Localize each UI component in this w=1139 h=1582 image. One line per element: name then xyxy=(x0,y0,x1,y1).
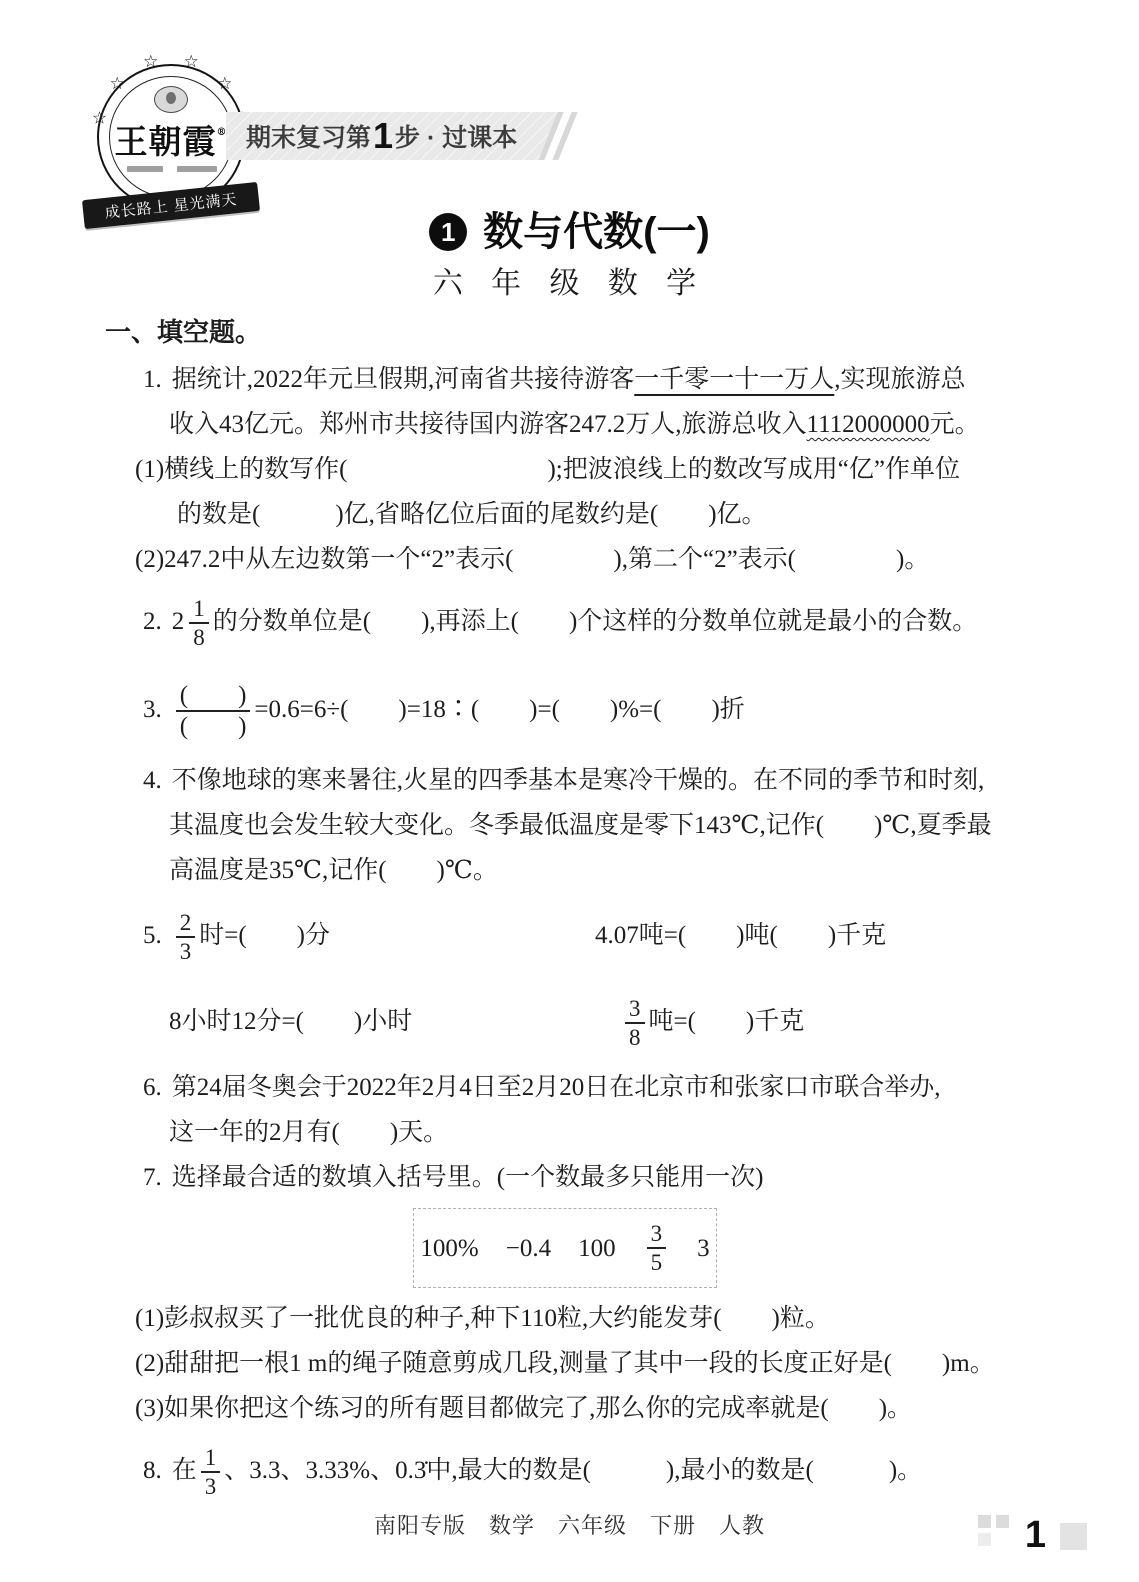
page-decoration-squares xyxy=(978,1515,1009,1546)
question-1-sub-1a: (1)横线上的数写作( );把波浪线上的数改写成用“亿”作单位 xyxy=(105,447,1045,492)
q7-text: 选择最合适的数填入括号里。(一个数最多只能用一次) xyxy=(172,1164,764,1191)
logo-subtext-bar xyxy=(127,166,163,172)
q2-text: 的分数单位是( ),再添上( )个这样的分数单位就是最小的合数。 xyxy=(213,608,978,635)
fraction-denominator: 8 xyxy=(625,1022,645,1051)
fraction-numerator: 2 xyxy=(176,909,196,936)
logo-subtext-bar xyxy=(177,166,217,172)
q5-fraction-2: 38 xyxy=(625,995,645,1052)
banner-step-number: 1 xyxy=(373,118,393,154)
question-6-number: 6. xyxy=(143,1074,162,1101)
question-4-line-3: 高温度是35℃,记作( )℃。 xyxy=(105,848,1045,893)
q7-option-1: 100% xyxy=(420,1226,478,1271)
question-6-line-1: 6.第24届冬奥会于2022年2月4日至2月20日在北京市和张家口市联合举办, xyxy=(105,1065,1045,1110)
registered-mark: ® xyxy=(217,127,228,138)
question-1-sub-2: (2)247.2中从左边数第一个“2”表示( ),第二个“2”表示( )。 xyxy=(105,537,1045,582)
q2-fraction: 18 xyxy=(189,595,209,652)
decoration-square xyxy=(996,1533,1009,1546)
star-icon: ☆ xyxy=(143,53,158,70)
question-8-number: 8. xyxy=(143,1457,162,1484)
question-2: 2.218的分数单位是( ),再添上( )个这样的分数单位就是最小的合数。 xyxy=(105,582,1045,662)
brand-name-text: 王朝霞 xyxy=(115,122,217,161)
question-5-row-2: 8小时12分=( )小时 38吨=( )千克 xyxy=(105,979,1045,1065)
q5-text: 吨=( )千克 xyxy=(649,1008,805,1035)
q4-text: 不像地球的寒来暑往,火星的四季基本是寒冷干燥的。在不同的季节和时刻, xyxy=(172,767,985,794)
fraction-denominator: 3 xyxy=(176,936,196,965)
q1-text-tail: ,实现旅游总 xyxy=(834,366,965,393)
q1-text-tail: 元。 xyxy=(930,411,980,438)
q5-row1-right: 4.07吨=( )吨( )千克 xyxy=(595,893,886,979)
question-3: 3.( )( )=0.6=6÷( )=18∶( )=( )%=( )折 xyxy=(105,662,1045,758)
section-heading: 一、填空题。 xyxy=(105,310,1045,355)
page-subtitle: 六 年 级 数 学 xyxy=(0,258,1139,302)
brand-name: 王朝霞® xyxy=(95,116,247,163)
question-5-number: 5. xyxy=(143,922,162,949)
question-3-number: 3. xyxy=(143,696,162,723)
q3-blank-fraction: ( )( ) xyxy=(176,681,251,742)
q2-whole-number: 2 xyxy=(172,608,185,635)
fraction-denominator: 5 xyxy=(647,1247,667,1276)
banner-text-post: 步 · 过课本 xyxy=(395,118,517,154)
q1-wavy-underlined-number: 1112000000 xyxy=(807,411,930,438)
question-1-number: 1. xyxy=(143,366,162,393)
star-icon: ☆ xyxy=(110,75,125,92)
question-4-number: 4. xyxy=(143,767,162,794)
page-title: 1数与代数(一) xyxy=(0,200,1139,257)
decoration-square xyxy=(978,1515,991,1528)
fraction-denominator: 3 xyxy=(201,1471,221,1500)
worksheet-page: WANGZHAOXIA ☆ ☆ ☆ ☆ ☆ ☆ 王朝霞® 成长路上 星光满天 期… xyxy=(0,0,1139,1582)
fraction-denominator: 8 xyxy=(189,622,209,651)
q1-text: 收入43亿元。郑州市共接待国内游客247.2万人,旅游总收入 xyxy=(169,411,807,438)
q7-option-2: −0.4 xyxy=(506,1226,551,1271)
question-7-number: 7. xyxy=(143,1164,162,1191)
q5-row2-right: 38吨=( )千克 xyxy=(621,979,804,1065)
fraction-numerator: ( ) xyxy=(176,681,251,711)
question-1-line-2: 收入43亿元。郑州市共接待国内游客247.2万人,旅游总收入1112000000… xyxy=(105,402,1045,447)
q8-fraction: 13 xyxy=(201,1444,221,1501)
fraction-numerator: 1 xyxy=(189,595,209,622)
q5-row1-left: 5.23时=( )分 xyxy=(105,893,595,979)
decoration-square xyxy=(978,1533,991,1546)
q7-option-3: 100 xyxy=(578,1226,616,1271)
fraction-numerator: 3 xyxy=(625,995,645,1022)
unit-number-badge: 1 xyxy=(429,213,467,251)
fraction-numerator: 1 xyxy=(201,1444,221,1471)
q5-text: 时=( )分 xyxy=(199,922,330,949)
page-number: 1 xyxy=(1025,1516,1046,1554)
fraction-numerator: 3 xyxy=(647,1220,667,1247)
portrait-icon xyxy=(154,86,188,113)
question-7-stem: 7.选择最合适的数填入括号里。(一个数最多只能用一次) xyxy=(105,1155,1045,1200)
question-1-line-1: 1.据统计,2022年元旦假期,河南省共接待游客一千零一十一万人,实现旅游总 xyxy=(105,357,1045,402)
q5-row2-left: 8小时12分=( )小时 xyxy=(105,979,621,1065)
q6-text: 第24届冬奥会于2022年2月4日至2月20日在北京市和张家口市联合举办, xyxy=(172,1074,941,1101)
question-4-line-1: 4.不像地球的寒来暑往,火星的四季基本是寒冷干燥的。在不同的季节和时刻, xyxy=(105,758,1045,803)
decoration-square xyxy=(996,1515,1009,1528)
q1-underlined-number: 一千零一十一万人 xyxy=(634,366,834,393)
page-title-text: 数与代数(一) xyxy=(483,210,710,254)
star-icon: ☆ xyxy=(184,53,199,70)
question-1-sub-1b: 的数是( )亿,省略亿位后面的尾数约是( )亿。 xyxy=(105,492,1045,537)
question-5-row-1: 5.23时=( )分 4.07吨=( )吨( )千克 xyxy=(105,893,1045,979)
brand-logo: WANGZHAOXIA ☆ ☆ ☆ ☆ ☆ ☆ 王朝霞® 成长路上 星光满天 xyxy=(95,62,247,212)
banner-text-pre: 期末复习第 xyxy=(246,118,371,154)
question-7-sub-3: (3)如果你把这个练习的所有题目都做完了,那么你的完成率就是( )。 xyxy=(105,1386,1045,1431)
question-4-line-2: 其温度也会发生较大变化。冬季最低温度是零下143℃,记作( )℃,夏季最 xyxy=(105,803,1045,848)
worksheet-content: 一、填空题。 1.据统计,2022年元旦假期,河南省共接待游客一千零一十一万人,… xyxy=(105,310,1045,1511)
page-decoration-square xyxy=(1060,1523,1087,1550)
q7-option-5: 3 xyxy=(697,1226,710,1271)
header-banner: 期末复习第 1 步 · 过课本 xyxy=(226,112,558,160)
page-number-block: 1 xyxy=(978,1515,1087,1554)
question-8: 8.在13、3.3、3.33%、0.3̇中,最大的数是( ),最小的数是( )。 xyxy=(105,1431,1045,1511)
question-7-sub-2: (2)甜甜把一根1 m的绳子随意剪成几段,测量了其中一段的长度正好是( )m。 xyxy=(105,1341,1045,1386)
star-icon: ☆ xyxy=(217,75,232,92)
q8-text-pre: 在 xyxy=(172,1457,197,1484)
q7-number-choices-box: 100% −0.4 100 35 3 xyxy=(413,1208,717,1288)
question-7-sub-1: (1)彭叔叔买了一批优良的种子,种下110粒,大约能发芽( )粒。 xyxy=(105,1296,1045,1341)
q7-option-4-fraction: 35 xyxy=(647,1220,667,1277)
q5-fraction-1: 23 xyxy=(176,909,196,966)
q8-text-post: 、3.3、3.33%、0.3̇中,最大的数是( ),最小的数是( )。 xyxy=(224,1457,922,1484)
fraction-denominator: ( ) xyxy=(176,710,251,742)
q1-text: 据统计,2022年元旦假期,河南省共接待游客 xyxy=(172,366,635,393)
footer-edition-info: 南阳专版 数学 六年级 下册 人教 xyxy=(0,1509,1139,1540)
question-6-line-2: 这一年的2月有( )天。 xyxy=(105,1110,1045,1155)
q3-text: =0.6=6÷( )=18∶( )=( )%=( )折 xyxy=(254,696,744,723)
question-2-number: 2. xyxy=(143,608,162,635)
